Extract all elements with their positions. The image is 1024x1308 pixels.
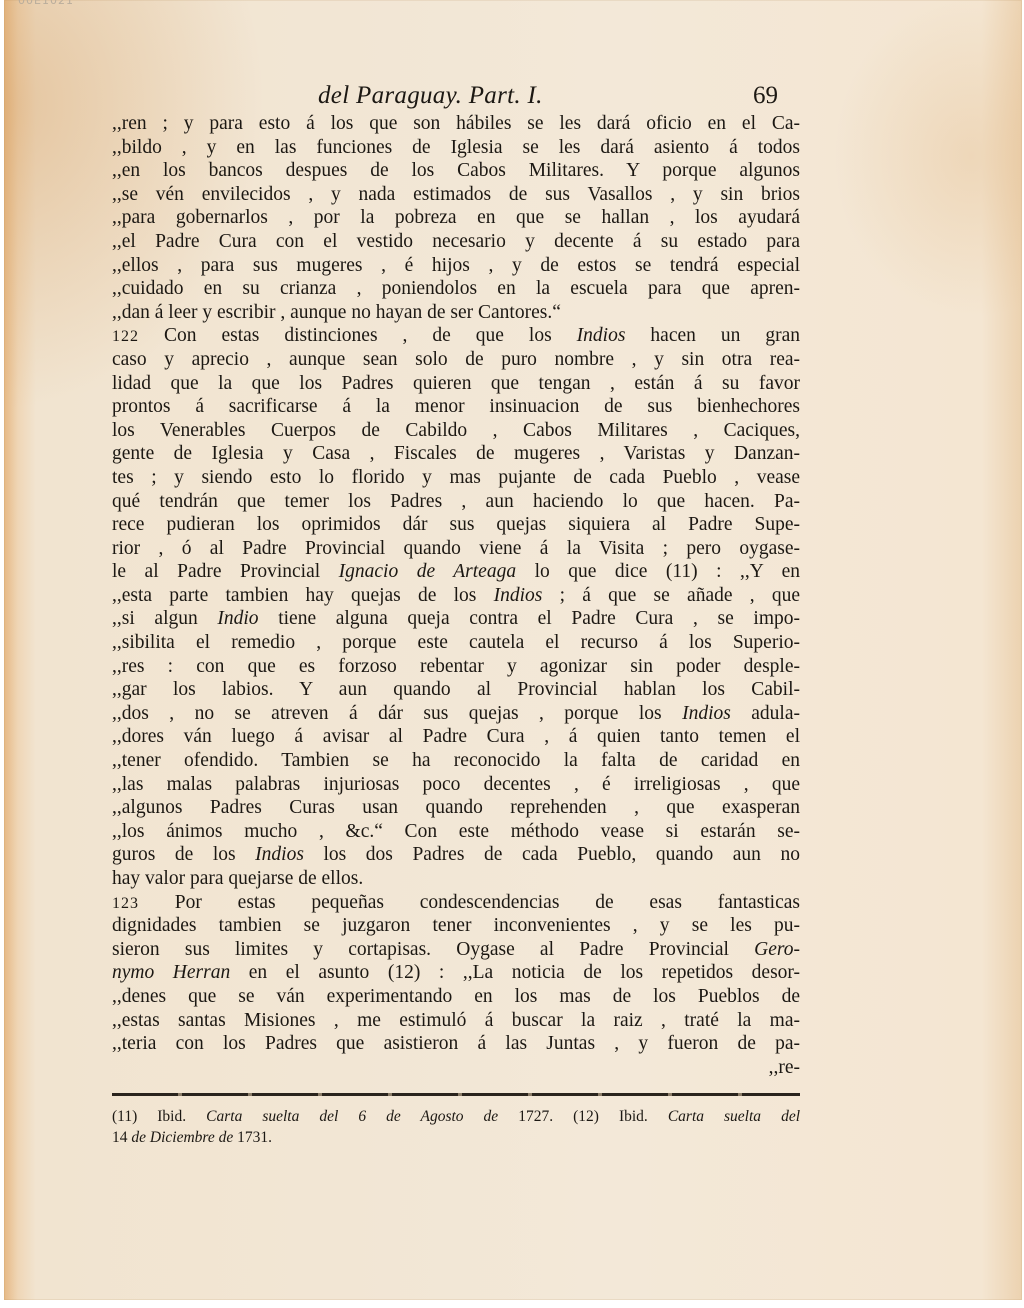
- text-line: ,,tener ofendido. Tambien se ha reconoci…: [112, 749, 800, 773]
- text-line: ,,los ánimos mucho , &c.“ Con este métho…: [112, 820, 800, 844]
- paragraph-122-start: 122 Con estas distinciones , de que los …: [112, 324, 800, 348]
- text-line: ,,si algun Indio tiene alguna queja cont…: [112, 607, 800, 631]
- footnote-line: (11) Ibid. Carta suelta del 6 de Agosto …: [112, 1106, 800, 1127]
- book-page: 00E1021 del Paraguay. Part. I. 69 ,,ren …: [4, 0, 1022, 1300]
- page-text-block: del Paraguay. Part. I. 69 ,,ren ; y para…: [112, 82, 800, 1148]
- text-line: los Venerables Cuerpos de Cabildo , Cabo…: [112, 419, 800, 443]
- text-line: ,,dan á leer y escribir , aunque no haya…: [112, 301, 800, 325]
- catchword: ,,re-: [112, 1056, 800, 1080]
- body-text: ,,ren ; y para esto á los que son hábile…: [112, 112, 800, 1079]
- paragraph-number: 123: [112, 895, 139, 912]
- text-line: ,,estas santas Misiones , me estimuló á …: [112, 1009, 800, 1033]
- text-line: tes ; y siendo esto lo florido y mas puj…: [112, 466, 800, 490]
- text-line: rece pudieran los oprimidos dár sus quej…: [112, 513, 800, 537]
- text-line: dignidades tambien se juzgaron tener inc…: [112, 914, 800, 938]
- text-line: lidad que la que los Padres quieren que …: [112, 372, 800, 396]
- footnote-rule: [112, 1093, 800, 1096]
- text-line: ,,teria con los Padres que asistieron á …: [112, 1032, 800, 1056]
- text-line: ,,dos , no se atreven á dár sus quejas ,…: [112, 702, 800, 726]
- text-line: guros de los Indios los dos Padres de ca…: [112, 843, 800, 867]
- paragraph-123-start: 123 Por estas pequeñas condescendencias …: [112, 891, 800, 915]
- text-line: ,,gar los labios. Y aun quando al Provin…: [112, 678, 800, 702]
- text-line: ,,res : con que es forzoso rebentar y ag…: [112, 655, 800, 679]
- page-header: del Paraguay. Part. I. 69: [112, 82, 800, 112]
- text-line: ,,dores ván luego á avisar al Padre Cura…: [112, 725, 800, 749]
- text-line: ,,para gobernarlos , por la pobreza en q…: [112, 206, 800, 230]
- page-number: 69: [753, 82, 778, 110]
- footnotes: (11) Ibid. Carta suelta del 6 de Agosto …: [112, 1106, 800, 1148]
- text-line: ,,bildo , y en las funciones de Iglesia …: [112, 136, 800, 160]
- text-line: prontos á sacrificarse á la menor insinu…: [112, 395, 800, 419]
- text-line: hay valor para quejarse de ellos.: [112, 867, 800, 891]
- text-line: le al Padre Provincial Ignacio de Arteag…: [112, 560, 800, 584]
- text-line: gente de Iglesia y Casa , Fiscales de mu…: [112, 442, 800, 466]
- text-line: caso y aprecio , aunque sean solo de pur…: [112, 348, 800, 372]
- text-line: ,,cuidado en su crianza , poniendolos en…: [112, 277, 800, 301]
- paragraph-number: 122: [112, 328, 139, 345]
- text-line: nymo Herran en el asunto (12) : ,,La not…: [112, 961, 800, 985]
- text-line: ,,ren ; y para esto á los que son hábile…: [112, 112, 800, 136]
- text-line: ,,denes que se ván experimentando en los…: [112, 985, 800, 1009]
- footnote-line: 14 de Diciembre de 1731.: [112, 1127, 800, 1148]
- library-stamp: 00E1021: [18, 0, 74, 7]
- text-line: rior , ó al Padre Provincial quando vien…: [112, 537, 800, 561]
- text-line: ,,esta parte tambien hay quejas de los I…: [112, 584, 800, 608]
- text-line: ,,ellos , para sus mugeres , é hijos , y…: [112, 254, 800, 278]
- text-line: ,,las malas palabras injuriosas poco dec…: [112, 773, 800, 797]
- text-line: qué tendrán que temer los Padres , aun h…: [112, 490, 800, 514]
- text-line: ,,algunos Padres Curas usan quando repre…: [112, 796, 800, 820]
- text-line: ,,en los bancos despues de los Cabos Mil…: [112, 159, 800, 183]
- footnote-11-mark: (11): [112, 1108, 137, 1125]
- footnote-12-mark: (12): [573, 1108, 599, 1125]
- running-title: del Paraguay. Part. I.: [318, 82, 543, 110]
- text-line: ,,el Padre Cura con el vestido necesario…: [112, 230, 800, 254]
- text-line: sieron sus limites y cortapisas. Oygase …: [112, 938, 800, 962]
- text-line: ,,se vén envilecidos , y nada estimados …: [112, 183, 800, 207]
- text-line: ,,sibilita el remedio , porque este caut…: [112, 631, 800, 655]
